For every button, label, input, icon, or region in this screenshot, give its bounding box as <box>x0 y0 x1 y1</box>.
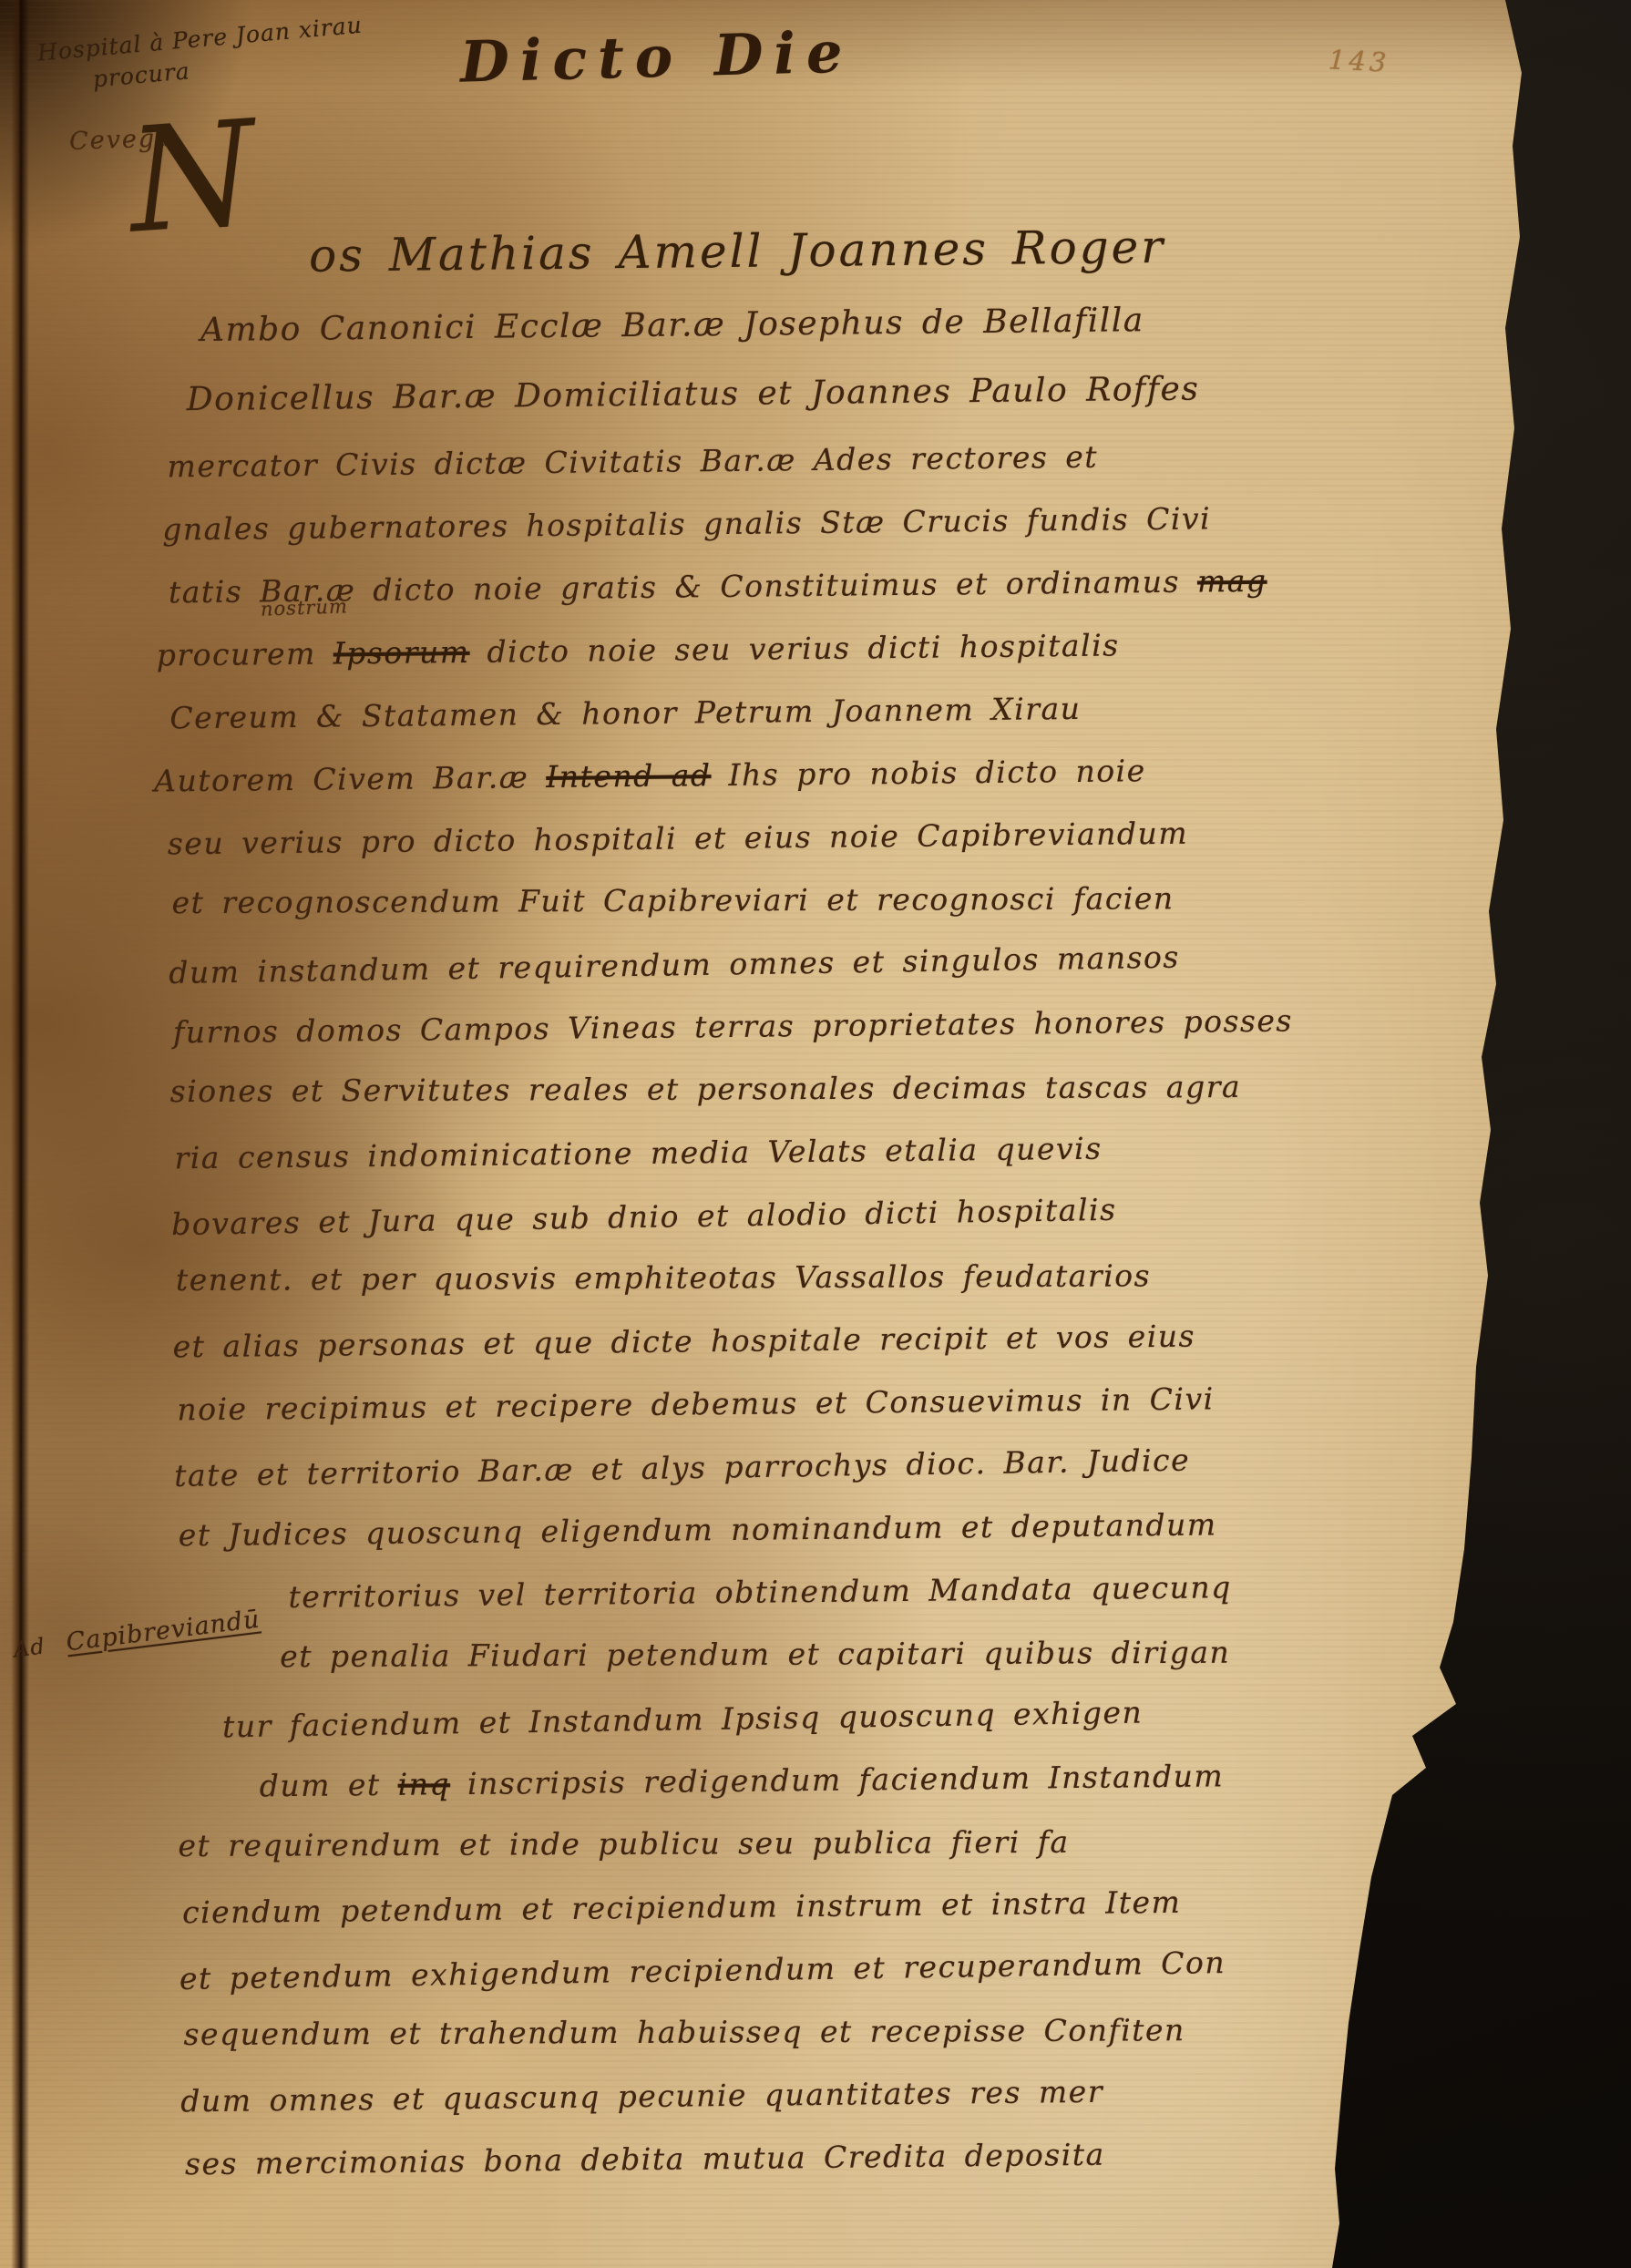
manuscript-line: siones et Servitutes reales et personale… <box>170 1054 1450 1123</box>
margin-note-archive: Hospital à Pere Joan xirau procura <box>36 10 366 100</box>
manuscript-line: seu verius pro dicto hospitali et eius n… <box>168 799 1448 876</box>
manuscript-text: os Mathias Amell Joannes RogerAmbo Canon… <box>165 205 1462 2196</box>
page-heading: Dicto Die <box>459 18 854 95</box>
manuscript-line: et requirendum et inde publicu seu publi… <box>178 1809 1457 1877</box>
manuscript-line: tenent. et per quosvis emphiteotas Vassa… <box>176 1243 1451 1311</box>
manuscript-line: et penalia Fiudari petendum et capitari … <box>280 1620 1455 1688</box>
manuscript-line: sequendum et trahendum habuisseq et rece… <box>183 1997 1459 2066</box>
manuscript-line: Ambo Canonici Ecclæ Bar.æ Josephus de Be… <box>200 283 1442 365</box>
margin-side-mark: Ad <box>12 1633 46 1662</box>
manuscript-line: tatis Bar.æ dicto noie gratis & Constitu… <box>169 548 1445 624</box>
manuscript-line: ses mercimonias bona debita mutua Credit… <box>185 2119 1462 2196</box>
book-gutter-crease <box>11 0 29 2268</box>
manuscript-line: territorius vel territoria obtinendum Ma… <box>288 1554 1455 1628</box>
manuscript-photo: Hospital à Pere Joan xirau procura Dicto… <box>0 0 1631 2268</box>
manuscript-line: os Mathias Amell Joannes Roger <box>309 205 1441 295</box>
manuscript-line: Donicellus Bar.æ Domiciliatus et Joannes… <box>186 353 1442 435</box>
folio-number: 143 <box>1328 44 1390 77</box>
